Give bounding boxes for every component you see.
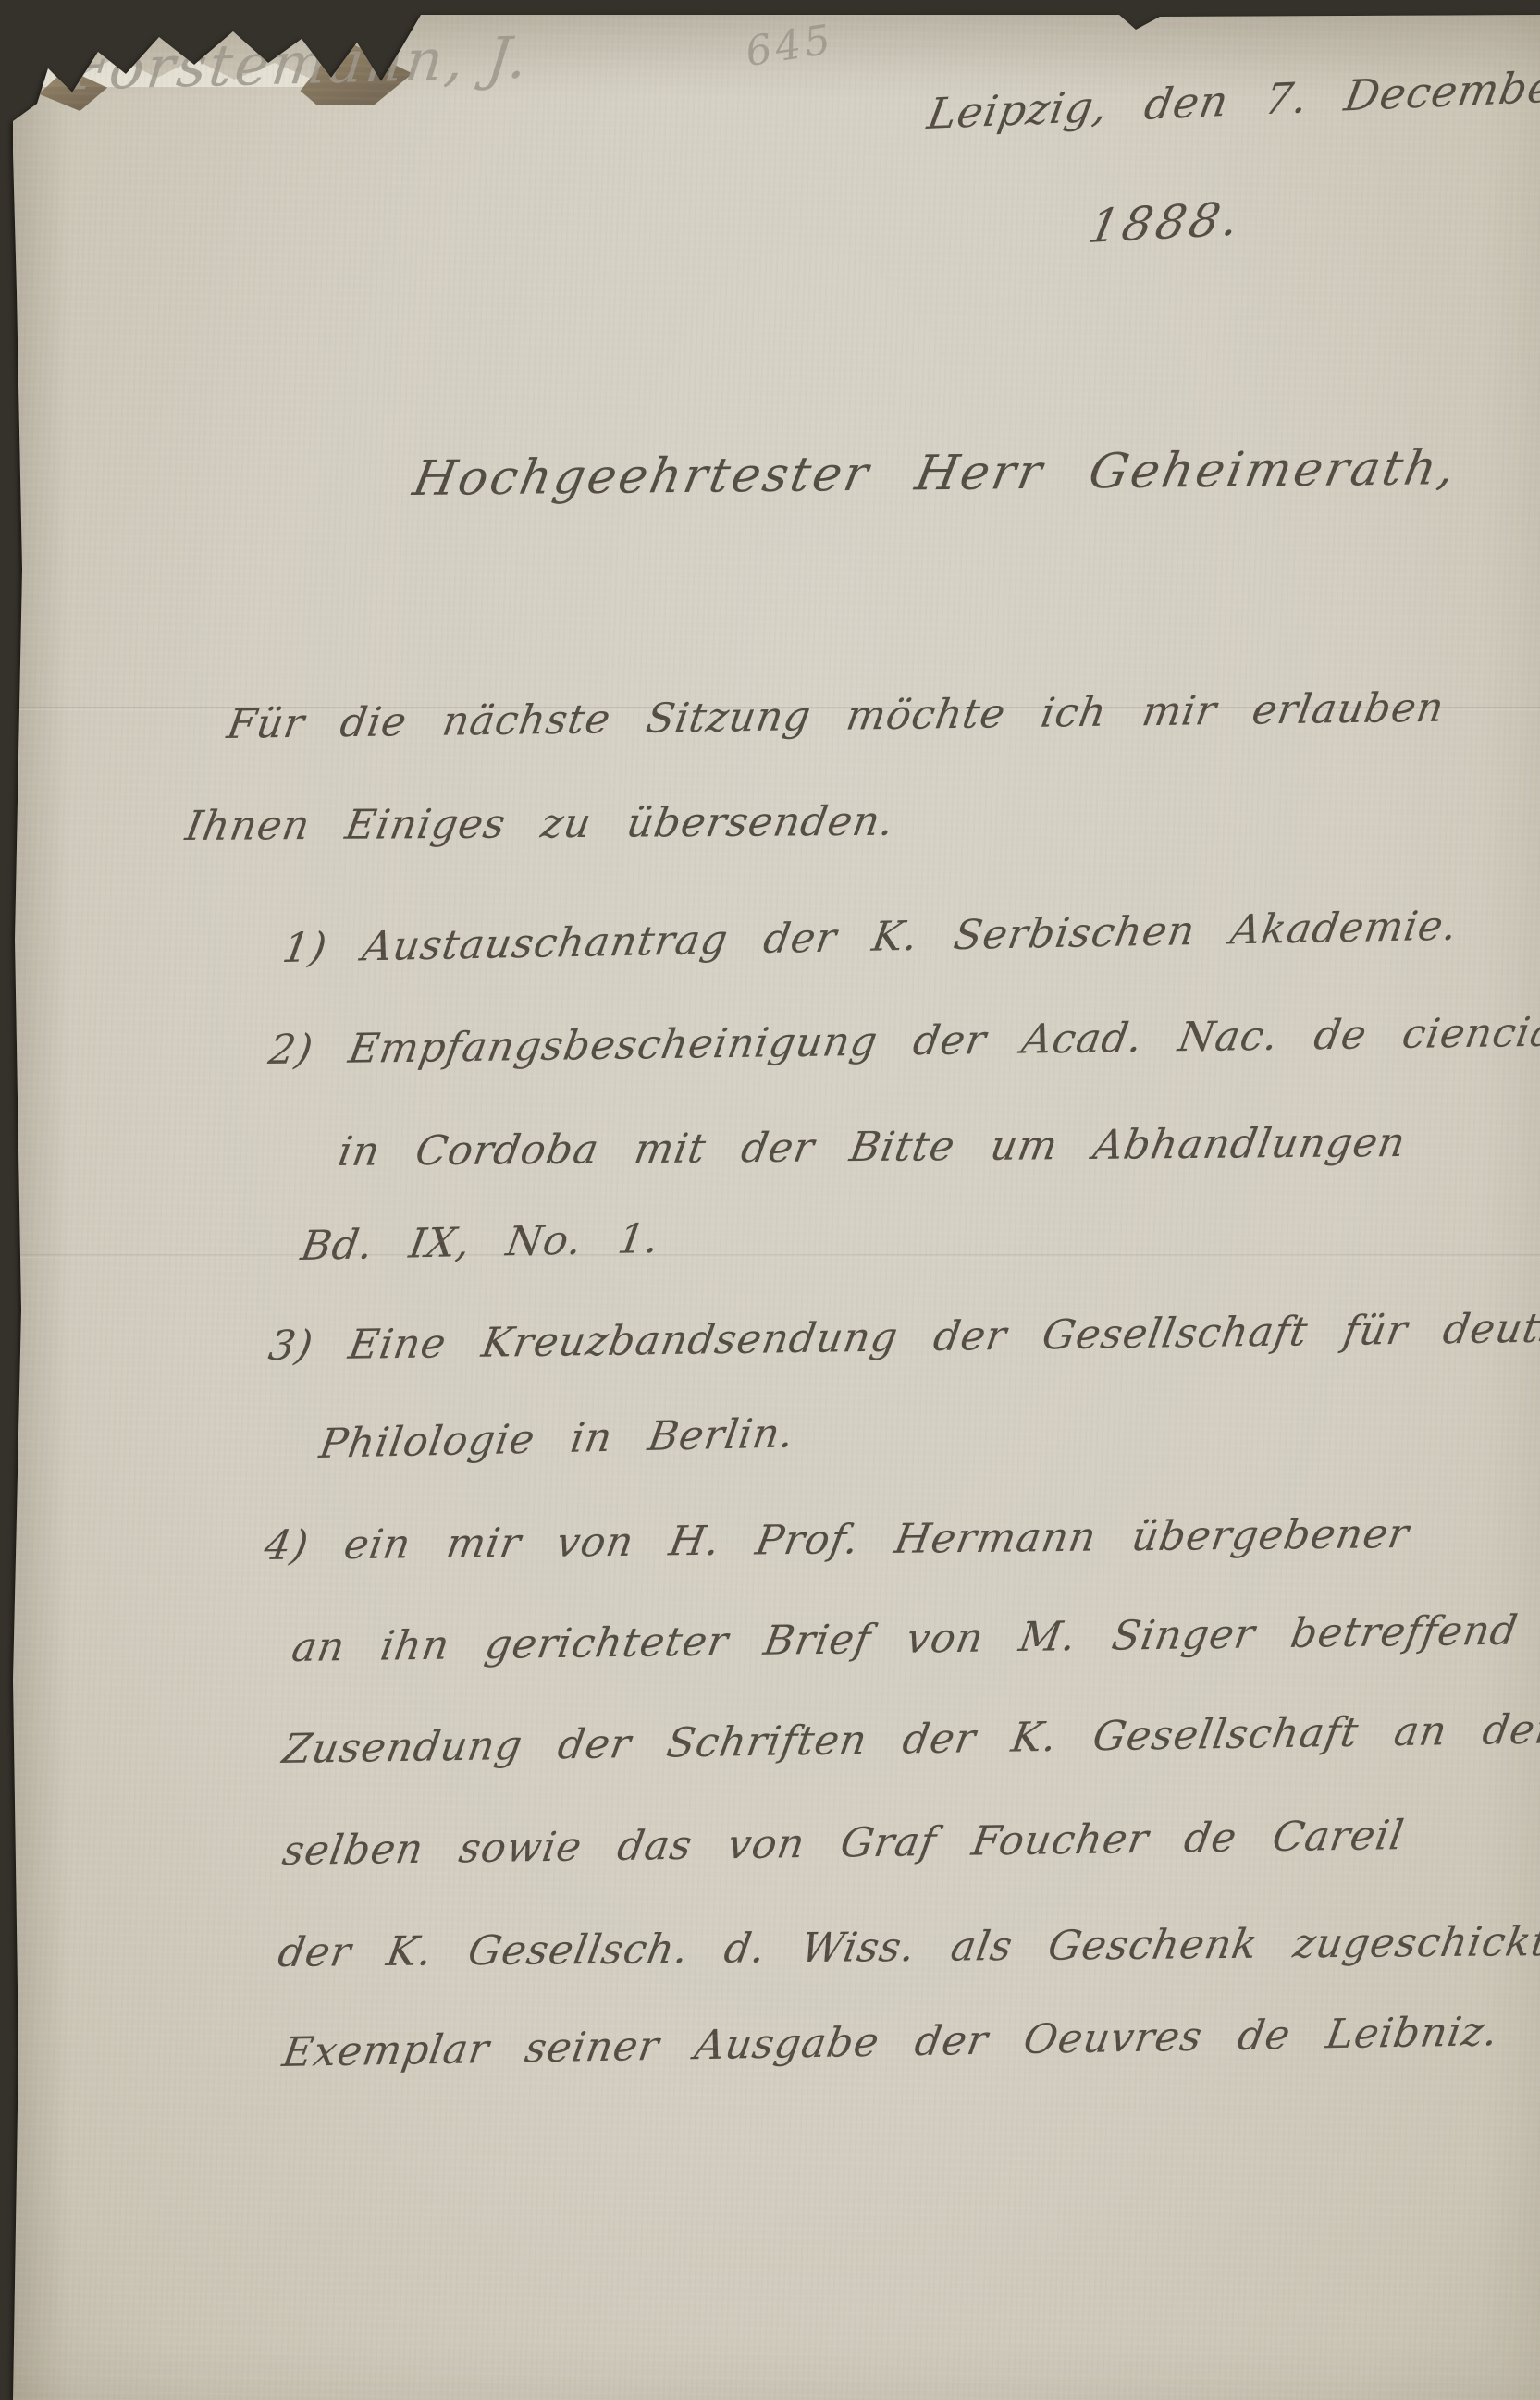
item-4-line-5: der K. Gesellsch. d. Wiss. als Geschenk … (275, 1918, 1540, 1976)
item-3-line-1: 3) Eine Kreuzbandsendung der Gesellschaf… (265, 1303, 1540, 1370)
item-2-line-1: 2) Empfangsbescheinigung der Acad. Nac. … (265, 1008, 1540, 1074)
item-4-line-6: Exemplar seiner Ausgabe der Oeuvres de L… (279, 2008, 1502, 2076)
item-2-line-3: Bd. IX, No. 1. (298, 1215, 663, 1270)
paper-sheet-wrap: Förstemann, J. 645 Leipzig, den 7. Decem… (13, 15, 1540, 2400)
pencil-folio-number: 645 (743, 16, 838, 76)
paper-sheet: Förstemann, J. 645 Leipzig, den 7. Decem… (13, 15, 1540, 2400)
intro-line-2: Ihnen Einiges zu übersenden. (182, 798, 898, 850)
fold-crease-lower (13, 1254, 1540, 1258)
item-4-line-4: selben sowie das von Graf Foucher de Car… (279, 1812, 1408, 1875)
item-1-line-1: 1) Austauschantrag der K. Serbischen Aka… (279, 903, 1461, 972)
item-4-line-1: 4) ein mir von H. Prof. Hermann übergebe… (261, 1510, 1412, 1569)
item-4-line-3: Zusendung der Schriften der K. Gesellsch… (279, 1705, 1540, 1773)
dateline-place-date: Leipzig, den 7. December (924, 61, 1540, 139)
pencil-cataloguer-name: Förstemann, J. (67, 23, 534, 103)
intro-line-1: Für die nächste Sitzung möchte ich mir e… (224, 684, 1448, 748)
salutation: Hochgeehrtester Herr Geheimerath, (409, 440, 1462, 507)
dateline-year: 1888. (1084, 192, 1247, 253)
letter-scan-page: Förstemann, J. 645 Leipzig, den 7. Decem… (0, 0, 1540, 2400)
item-2-line-2: in Cordoba mit der Bitte um Abhandlungen (335, 1119, 1410, 1175)
item-4-line-2: an ihn gerichteter Brief von M. Singer b… (289, 1607, 1522, 1671)
item-3-line-2: Philologie in Berlin. (316, 1409, 797, 1468)
